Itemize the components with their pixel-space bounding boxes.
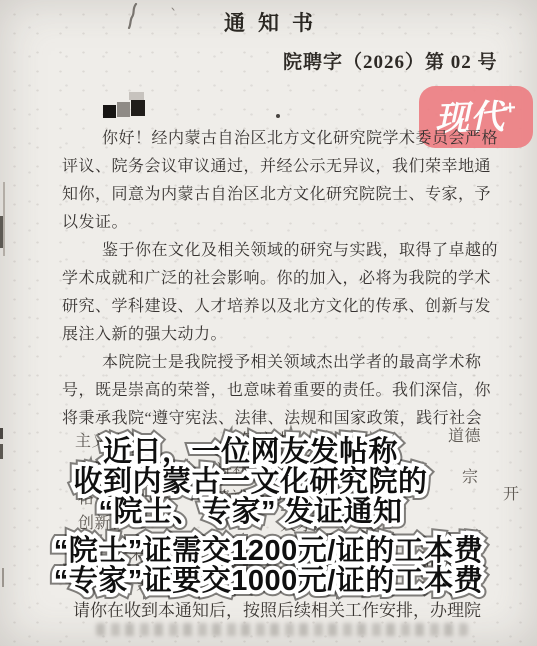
letter-line: 以发证。	[62, 209, 490, 237]
redaction-block	[129, 92, 144, 100]
overlay-line-4: “院士”证需交1200元/证的工本费	[0, 536, 537, 566]
letter-line: 评议、院务会议审议通过，并经公示无异议，我们荣幸地通	[62, 153, 490, 181]
letter-line: 学术成就和广泛的社会影响。你的加入，必将为我院的学术	[62, 265, 490, 293]
letter-line: 本院院士是我院授予相关领域杰出学者的最高学术称	[62, 349, 490, 377]
pen-mark	[126, 3, 140, 29]
overlay-line-1: 近日，一位网友发帖称	[0, 437, 519, 467]
letter-line: 知你，同意为内蒙古自治区北方文化研究院院士、专家，予	[62, 181, 490, 209]
redaction-block	[131, 100, 145, 116]
ink-dot	[276, 114, 280, 118]
letter-line: 研究、学科建设、人才培养以及北方文化的传承、创新与发	[62, 293, 490, 321]
page-title: 通知书	[0, 7, 537, 37]
scan-edge-mark	[3, 182, 5, 256]
document-number: 院聘字（2026）第 02 号	[283, 47, 498, 74]
overlay-group-intro: 近日，一位网友发帖称 收到内蒙古一文化研究院的 “院士、专家” 发证通知	[0, 437, 519, 527]
letter-line: 鉴于你在文化及相关领域的研究与实践，取得了卓越的	[62, 237, 490, 265]
redaction-block	[117, 102, 130, 117]
overlay-group-fees: “院士”证需交1200元/证的工本费 “专家”证要交1000元/证的工本费	[0, 536, 537, 596]
overlay-line-2: 收到内蒙古一文化研究院的	[0, 467, 519, 497]
letter-line: 展注入新的强大动力。	[62, 321, 490, 349]
news-caption-overlay: 近日，一位网友发帖称 收到内蒙古一文化研究院的 “院士、专家” 发证通知 “院士…	[0, 437, 537, 596]
letter-line: 你好！经内蒙古自治区北方文化研究院学术委员会严格	[62, 125, 490, 153]
overlay-line-3: “院士、专家” 发证通知	[0, 497, 519, 527]
blurred-text-line	[96, 623, 468, 636]
letter-body: 你好！经内蒙古自治区北方文化研究院学术委员会严格 评议、院务会议审议通过，并经公…	[62, 125, 490, 433]
stray-tick-mark: `	[170, 6, 178, 24]
redaction-block	[103, 105, 116, 118]
notification-letter-page: 通知书 院聘字（2026）第 02 号 ` 现代+ 你好！经内蒙古自治区北方文化…	[0, 0, 537, 646]
plus-icon: +	[504, 97, 517, 118]
closing-line: 请你在收到本通知后，按照后续相关工作安排，办理院	[73, 596, 481, 621]
letter-line: 号，既是崇高的荣誉，也意味着重要的责任。我们深信，你	[62, 377, 490, 405]
overlay-line-5: “专家”证要交1000元/证的工本费	[0, 566, 537, 596]
